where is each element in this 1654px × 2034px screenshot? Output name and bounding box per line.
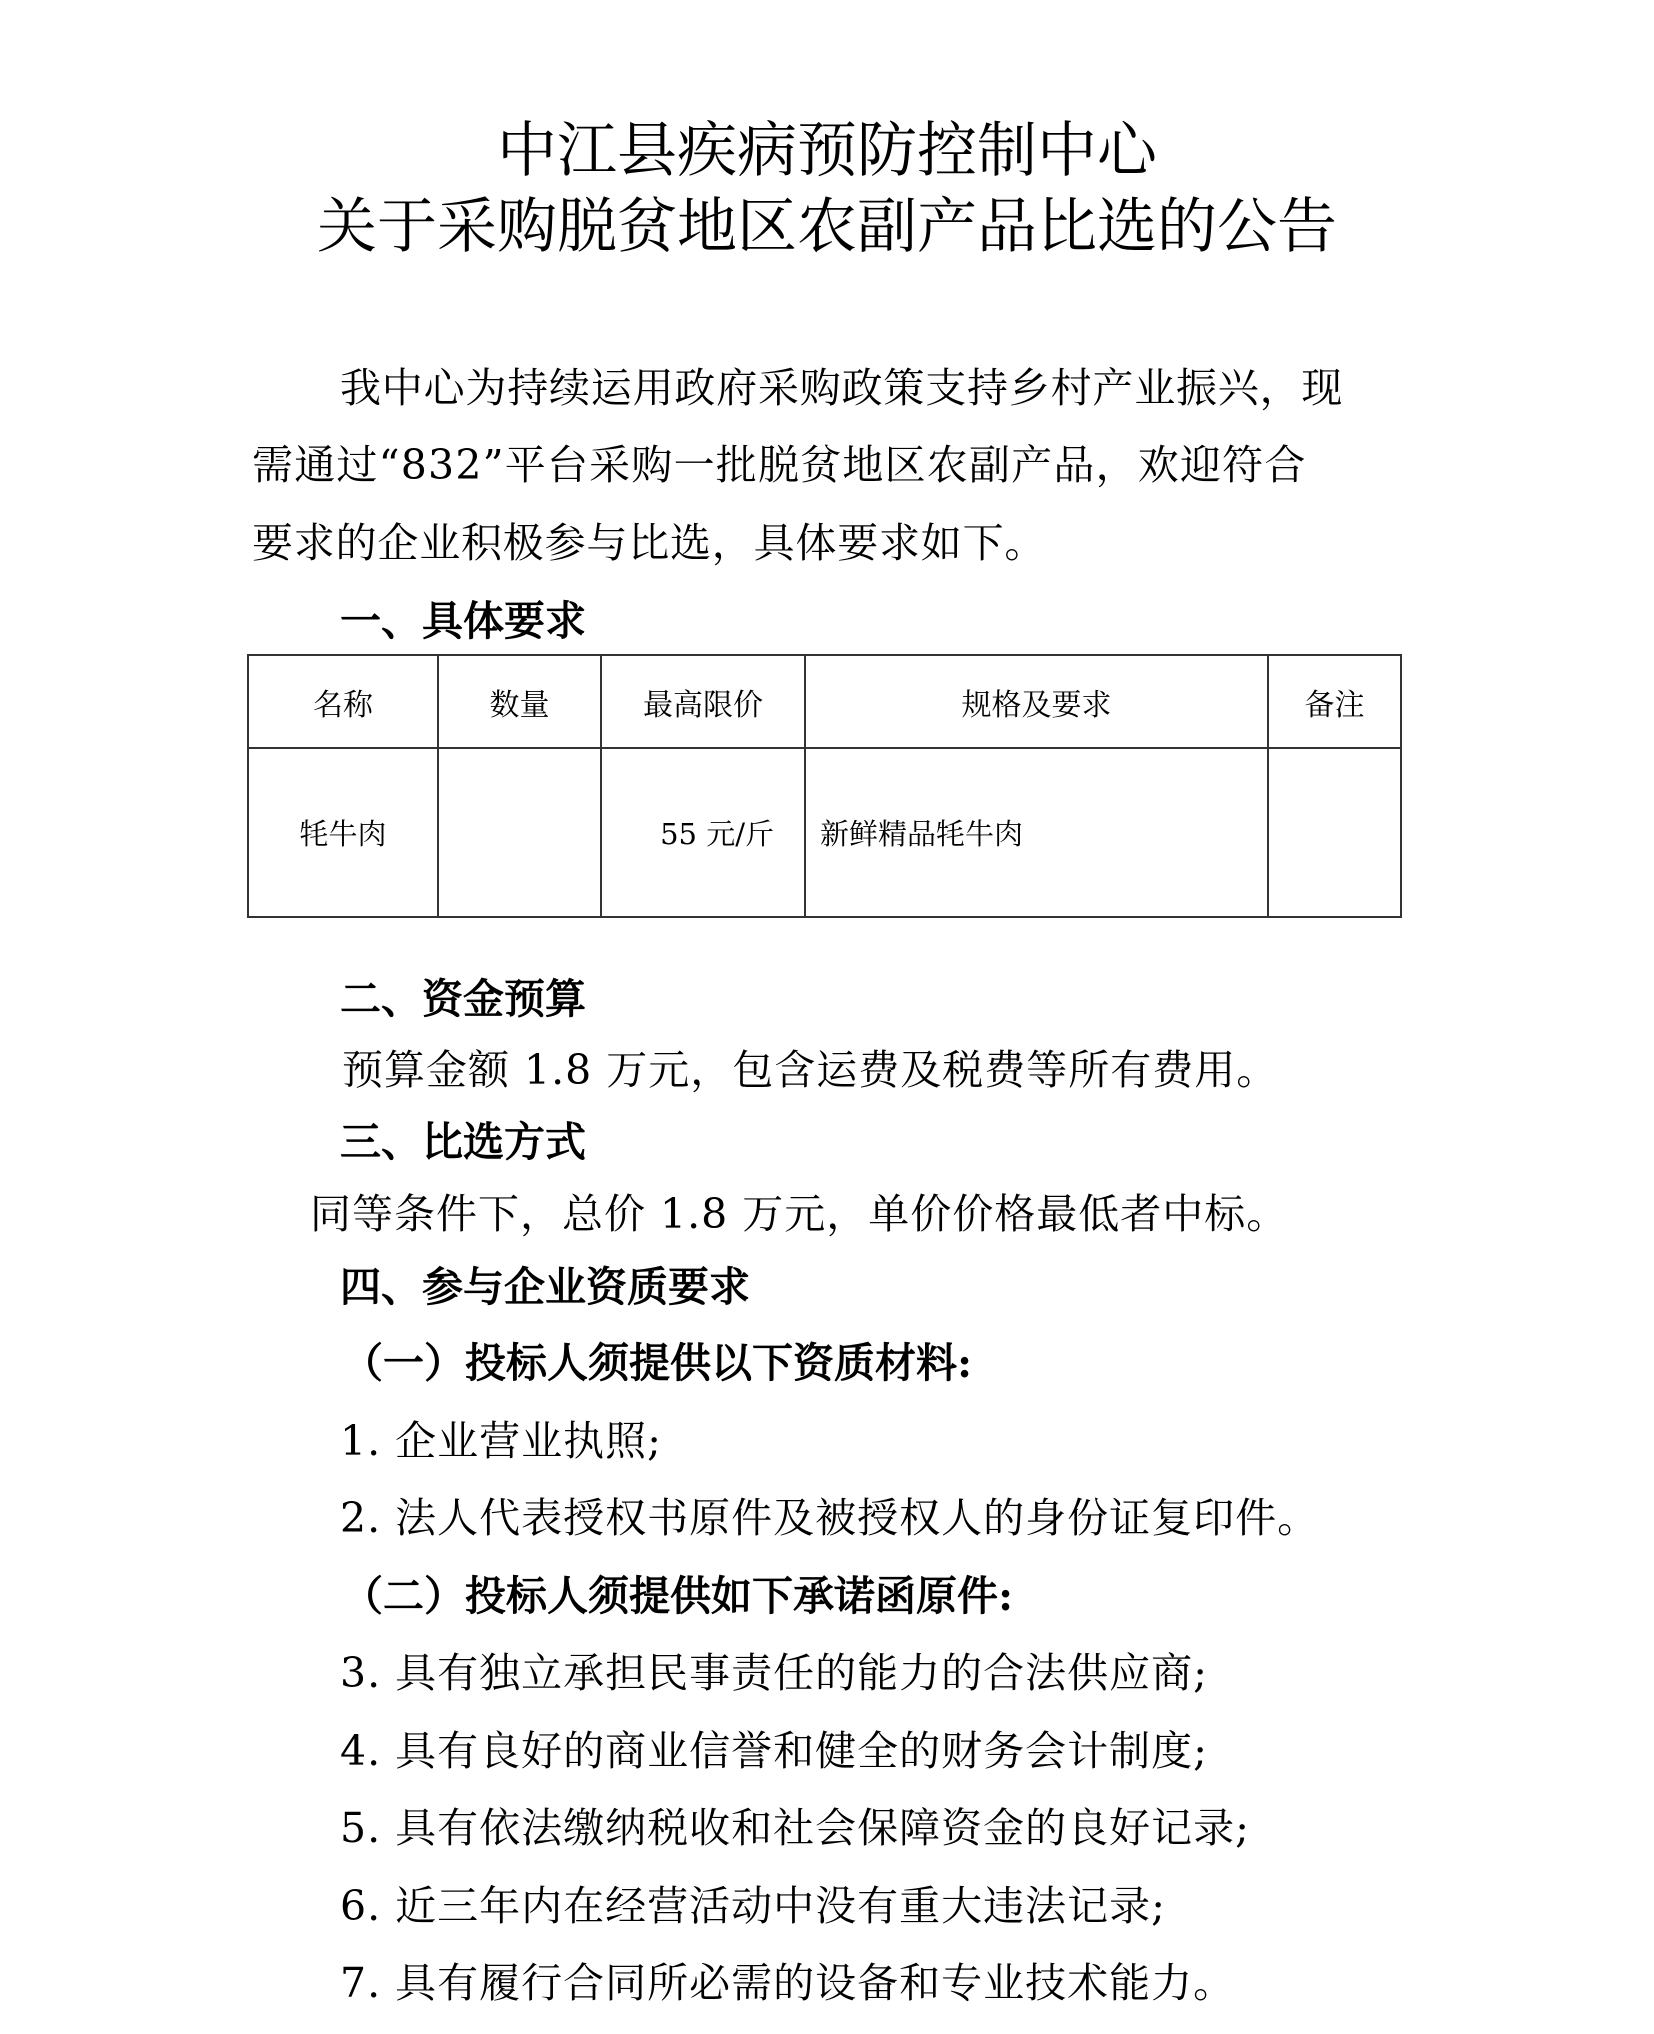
document-title-line1: 中江县疾病预防控制中心 (0, 113, 1654, 189)
intro-line-3: 要求的企业积极参与比选，具体要求如下。 (252, 515, 1046, 571)
cell-name: 牦牛肉 (248, 748, 438, 917)
intro-line-1: 我中心为持续运用政府采购政策支持乡村产业振兴，现 (340, 360, 1343, 416)
section3-heading: 三、比选方式 (340, 1114, 586, 1170)
cell-max-price: 55 元/斤 (601, 748, 805, 917)
header-max-price: 最高限价 (601, 655, 805, 748)
budget-text: 预算金额 1.8 万元，包含运费及税费等所有费用。 (342, 1042, 1278, 1098)
selection-method-text: 同等条件下，总价 1.8 万元，单价价格最低者中标。 (310, 1186, 1288, 1242)
section4-heading: 四、参与企业资质要求 (340, 1259, 750, 1315)
cell-quantity (438, 748, 601, 917)
header-name: 名称 (248, 655, 438, 748)
header-quantity: 数量 (438, 655, 601, 748)
cell-spec: 新鲜精品牦牛肉 (805, 748, 1268, 917)
table-header-row: 名称 数量 最高限价 规格及要求 备注 (248, 655, 1401, 748)
requirement-item-6: 6. 近三年内在经营活动中没有重大违法记录; (340, 1878, 1166, 1934)
requirement-item-1: 1. 企业营业执照; (340, 1413, 662, 1469)
requirement-item-4: 4. 具有良好的商业信誉和健全的财务会计制度; (340, 1723, 1208, 1779)
commitment-letter-heading: （二）投标人须提供如下承诺函原件: (342, 1568, 1013, 1624)
table-row: 牦牛肉 55 元/斤 新鲜精品牦牛肉 (248, 748, 1401, 917)
intro-line-2: 需通过“832”平台采购一批脱贫地区农副产品，欢迎符合 (252, 437, 1307, 493)
requirement-item-5: 5. 具有依法缴纳税收和社会保障资金的良好记录; (340, 1800, 1250, 1856)
qualification-materials-heading: （一）投标人须提供以下资质材料: (342, 1335, 972, 1391)
requirements-table: 名称 数量 最高限价 规格及要求 备注 牦牛肉 55 元/斤 新鲜精品牦牛肉 (247, 654, 1402, 918)
requirement-item-3: 3. 具有独立承担民事责任的能力的合法供应商; (340, 1645, 1208, 1701)
document-title-line2: 关于采购脱贫地区农副产品比选的公告 (0, 189, 1654, 265)
document-page: 中江县疾病预防控制中心 关于采购脱贫地区农副产品比选的公告 我中心为持续运用政府… (0, 0, 1654, 2034)
requirement-item-2: 2. 法人代表授权书原件及被授权人的身份证复印件。 (340, 1490, 1319, 1546)
header-note: 备注 (1268, 655, 1401, 748)
header-spec: 规格及要求 (805, 655, 1268, 748)
cell-note (1268, 748, 1401, 917)
section2-heading: 二、资金预算 (340, 971, 586, 1027)
requirement-item-7: 7. 具有履行合同所必需的设备和专业技术能力。 (340, 1955, 1235, 2011)
section1-heading: 一、具体要求 (340, 593, 586, 649)
